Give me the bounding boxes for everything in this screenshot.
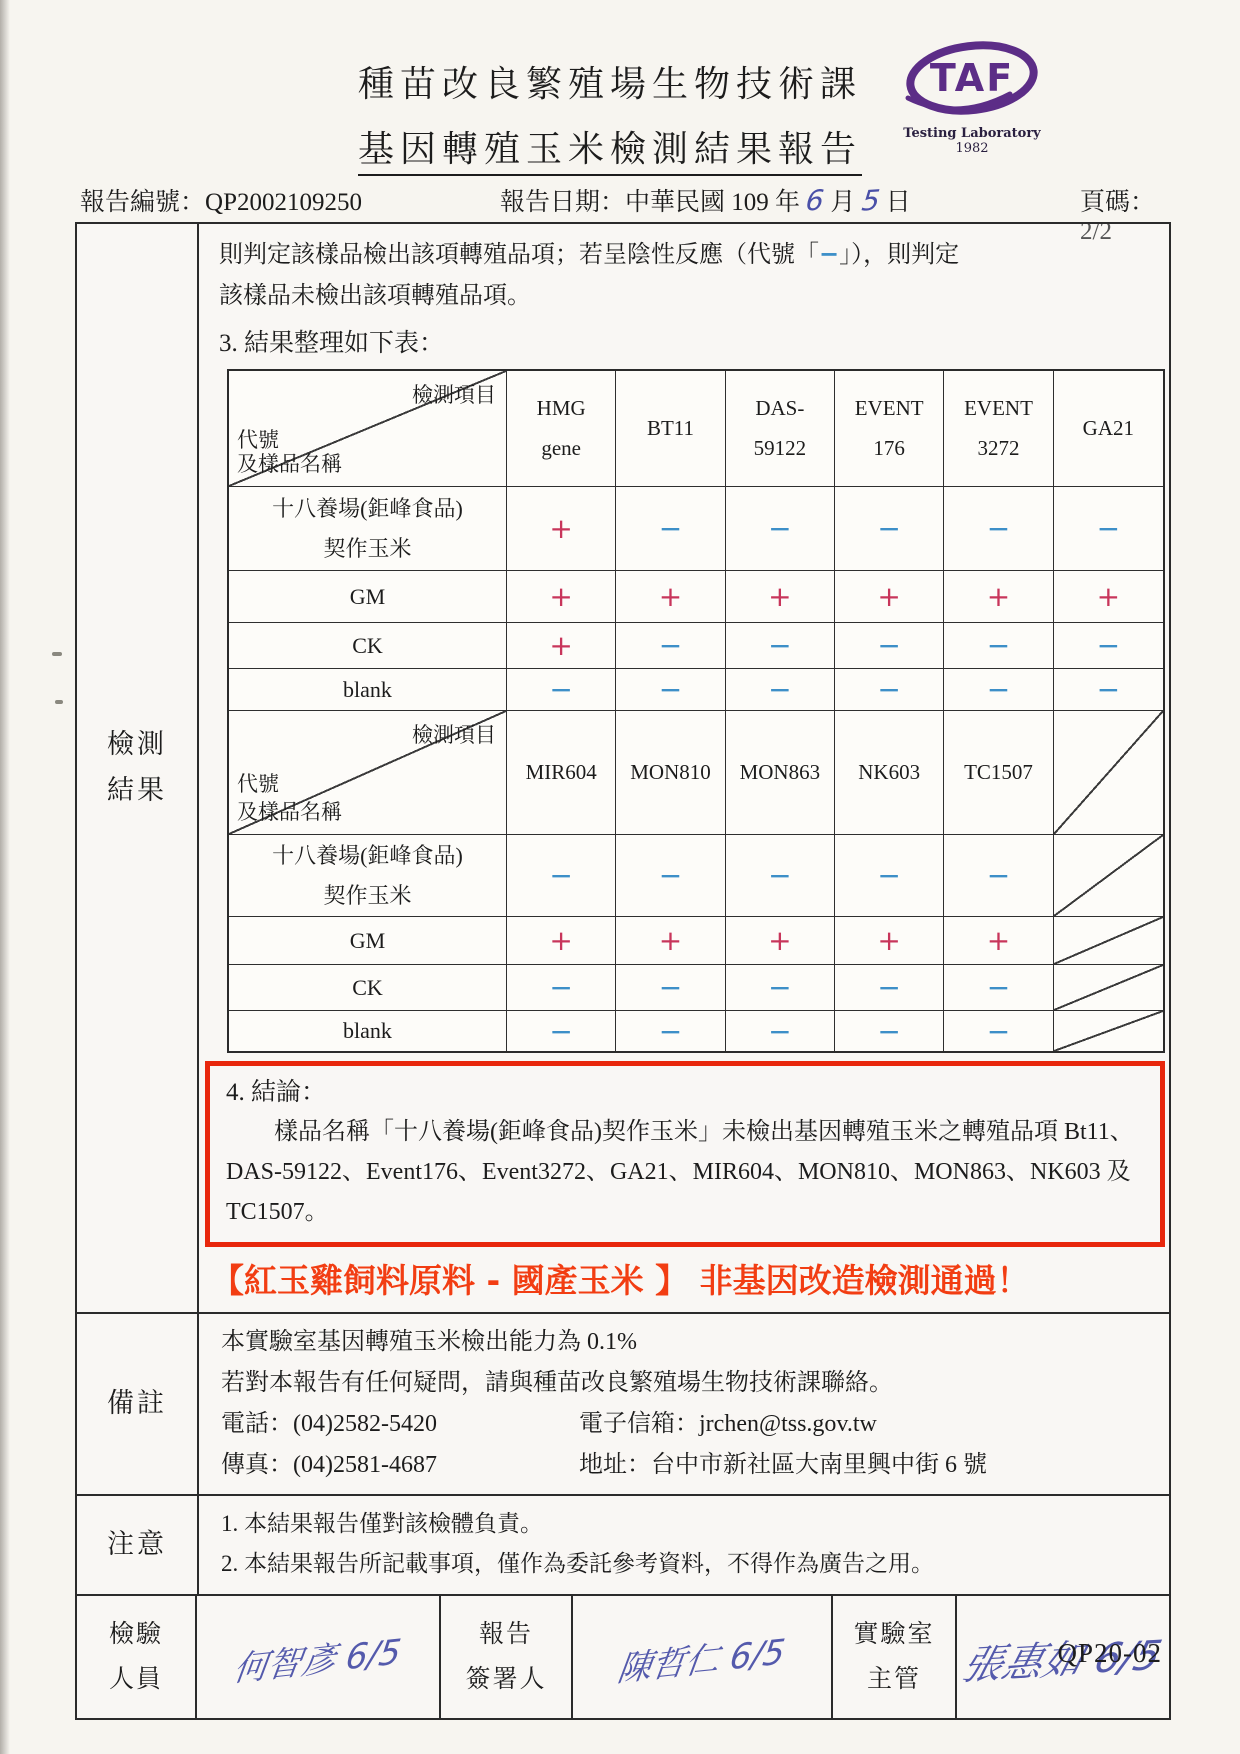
crossed-out-cell: [1054, 711, 1163, 835]
result-cell: −: [1054, 487, 1163, 571]
column-header: TC1507: [944, 711, 1053, 835]
result-cell: −: [726, 487, 835, 571]
row-label-gm: GM: [229, 571, 507, 623]
result-cell: −: [835, 669, 944, 711]
taf-acronym: TAF: [930, 56, 1014, 100]
result-cell: +: [616, 917, 725, 965]
crossed-out-cell: [1054, 917, 1163, 965]
column-header: DAS- 59122: [726, 371, 835, 487]
report-body-table: 檢測 結果 則判定該樣品檢出該項轉殖品項；若呈陰性反應（代號「−」），則判定 該…: [75, 222, 1171, 1720]
scan-speck: [55, 700, 63, 704]
result-cell: −: [835, 835, 944, 917]
row-label-sample: 十八養場(鉅峰食品) 契作玉米: [229, 487, 507, 571]
promo-banner: 【紅玉雞飼料原料 - 國產玉米 】 非基因改造檢測通過！: [211, 1255, 1163, 1302]
attention-item-1: 1. 本結果報告僅對該檢體負責。: [221, 1504, 1159, 1544]
contact-line: 若對本報告有任何疑問，請與種苗改良繁殖場生物技術課聯絡。: [221, 1363, 1159, 1404]
notes-side-label: 備註: [77, 1314, 199, 1494]
result-cell: −: [944, 835, 1053, 917]
report-number-label: 報告編號：: [80, 189, 205, 216]
result-cell: +: [726, 571, 835, 623]
report-title: 基因轉殖玉米檢測結果報告: [358, 121, 862, 176]
row-label-ck: CK: [229, 965, 507, 1011]
conclusion-text: 樣品名稱「十八養場(鉅峰食品)契作玉米」未檢出基因轉殖玉米之轉殖品項 Bt11、…: [226, 1112, 1146, 1232]
result-cell: +: [507, 571, 616, 623]
taf-year: 1982: [955, 141, 988, 154]
result-cell: −: [616, 669, 725, 711]
phone-value: (04)2582-5420: [293, 1411, 437, 1437]
column-header: MIR604: [507, 711, 616, 835]
address-label: 地址：: [579, 1452, 651, 1478]
result-cell: +: [835, 917, 944, 965]
result-cell: −: [1054, 623, 1163, 669]
column-header: MON863: [726, 711, 835, 835]
crossed-out-cell: [1054, 835, 1163, 917]
crossed-out-cell: [1054, 1011, 1163, 1051]
supervisor-label: 實驗室 主管: [853, 1612, 934, 1702]
result-cell: −: [507, 669, 616, 711]
result-cell: −: [726, 1011, 835, 1051]
criteria-text-post: 」），則判定: [839, 242, 959, 268]
result-cell: −: [616, 623, 725, 669]
gm-test-results-table: 檢測項目 代號 及樣品名稱 HMG gene BT11 DAS- 59122 E…: [227, 369, 1165, 1053]
fax-value: (04)2581-4687: [293, 1452, 437, 1478]
result-cell: +: [507, 917, 616, 965]
result-cell: +: [726, 917, 835, 965]
address-value: 台中市新社區大南里興中街 6 號: [651, 1452, 987, 1478]
row-label-blank: blank: [229, 669, 507, 711]
result-cell: +: [1054, 571, 1163, 623]
results-side-label: 檢測 結果: [77, 224, 199, 1312]
month-unit: 月: [830, 189, 855, 216]
table2-corner-cell: 檢測項目 代號 及樣品名稱: [229, 711, 507, 835]
result-cell: −: [944, 1011, 1053, 1051]
corner-top-label: 檢測項目: [412, 719, 496, 749]
table1-corner-cell: 檢測項目 代號 及樣品名稱: [229, 371, 507, 487]
results-content: 則判定該樣品檢出該項轉殖品項；若呈陰性反應（代號「−」），則判定 該樣品未檢出該…: [199, 224, 1169, 1312]
criteria-paragraph: 則判定該樣品檢出該項轉殖品項；若呈陰性反應（代號「−」），則判定 該樣品未檢出該…: [219, 234, 1163, 317]
corner-left-label2: 及樣品名稱: [237, 448, 342, 478]
row-label-ck: CK: [229, 623, 507, 669]
day-unit: 日: [886, 189, 911, 216]
criteria-text-pre: 則判定該樣品檢出該項轉殖品項；若呈陰性反應（代號「: [219, 242, 819, 268]
email-value: jrchen@tss.gov.tw: [699, 1411, 877, 1437]
row-label-gm: GM: [229, 917, 507, 965]
signer-signature: 陳哲仁 6/5: [615, 1623, 789, 1691]
row-label-sample: 十八養場(鉅峰食品) 契作玉米: [229, 835, 507, 917]
result-cell: −: [944, 487, 1053, 571]
result-cell: −: [726, 835, 835, 917]
corner-left-label1: 代號: [237, 768, 279, 798]
column-header: BT11: [616, 371, 725, 487]
result-cell: −: [507, 1011, 616, 1051]
row-label-blank: blank: [229, 1011, 507, 1051]
scanned-report-page: 種苗改良繁殖場生物技術課 基因轉殖玉米檢測結果報告 TAF Testing La…: [0, 0, 1240, 1754]
attention-item-2: 2. 本結果報告所記載事項，僅作為委託參考資料，不得作為廣告之用。: [221, 1544, 1159, 1584]
signer-label: 報告 簽署人: [465, 1612, 546, 1702]
result-cell: −: [835, 965, 944, 1011]
org-title: 種苗改良繁殖場生物技術課: [300, 56, 920, 107]
column-header: HMG gene: [507, 371, 616, 487]
report-number-value: QP2002109250: [205, 189, 362, 216]
phone-email-line: 電話：(04)2582-5420 電子信箱：jrchen@tss.gov.tw: [221, 1404, 1159, 1445]
signature-row: 檢驗 人員 何智彥 6/5 報告 簽署人 陳哲仁 6/5 實驗室 主管 張惠如 …: [77, 1596, 1169, 1718]
result-cell: −: [616, 487, 725, 571]
report-number: 報告編號：QP2002109250: [80, 189, 362, 216]
scan-speck: [52, 652, 62, 656]
scan-edge-artifact: [0, 0, 10, 1754]
report-date: 報告日期：中華民國 109 年 6 月 5 日: [500, 182, 911, 218]
phone-label: 電話：: [221, 1411, 293, 1437]
result-cell: +: [507, 623, 616, 669]
report-header: 種苗改良繁殖場生物技術課 基因轉殖玉米檢測結果報告: [300, 56, 920, 176]
result-cell: −: [616, 835, 725, 917]
result-cell: −: [835, 623, 944, 669]
result-cell: +: [507, 487, 616, 571]
attention-content: 1. 本結果報告僅對該檢體負責。 2. 本結果報告所記載事項，僅作為委託參考資料…: [199, 1496, 1169, 1594]
result-cell: −: [726, 965, 835, 1011]
inspector-label: 檢驗 人員: [109, 1612, 163, 1702]
attention-side-label: 注意: [77, 1496, 199, 1594]
result-cell: −: [726, 669, 835, 711]
notes-content: 本實驗室基因轉殖玉米檢出能力為 0.1% 若對本報告有任何疑問，請與種苗改良繁殖…: [199, 1314, 1169, 1494]
table-intro: 3. 結果整理如下表：: [219, 323, 1163, 359]
taf-accreditation-logo: TAF Testing Laboratory 1982: [902, 38, 1042, 159]
detection-limit-line: 本實驗室基因轉殖玉米檢出能力為 0.1%: [221, 1322, 1159, 1363]
result-cell: −: [616, 965, 725, 1011]
corner-top-label: 檢測項目: [412, 379, 496, 409]
fax-address-line: 傳真：(04)2581-4687 地址：台中市新社區大南里興中街 6 號: [221, 1445, 1159, 1486]
result-cell: +: [835, 571, 944, 623]
column-header: EVENT 3272: [944, 371, 1053, 487]
result-cell: −: [835, 487, 944, 571]
result-cell: −: [616, 1011, 725, 1051]
column-header: NK603: [835, 711, 944, 835]
result-cell: −: [944, 965, 1053, 1011]
column-header: EVENT 176: [835, 371, 944, 487]
results-row: 檢測 結果 則判定該樣品檢出該項轉殖品項；若呈陰性反應（代號「−」），則判定 該…: [77, 224, 1169, 1314]
report-date-era: 中華民國 109 年: [625, 189, 800, 216]
attention-row: 注意 1. 本結果報告僅對該檢體負責。 2. 本結果報告所記載事項，僅作為委託參…: [77, 1496, 1169, 1596]
corner-left-label2: 及樣品名稱: [237, 796, 342, 826]
report-meta-row: 報告編號：QP2002109250 報告日期：中華民國 109 年 6 月 5 …: [80, 182, 1170, 218]
email-label: 電子信箱：: [579, 1411, 699, 1437]
result-cell: −: [507, 835, 616, 917]
result-cell: −: [1054, 669, 1163, 711]
notes-row: 備註 本實驗室基因轉殖玉米檢出能力為 0.1% 若對本報告有任何疑問，請與種苗改…: [77, 1314, 1169, 1496]
result-cell: +: [944, 917, 1053, 965]
result-cell: −: [944, 623, 1053, 669]
result-cell: −: [835, 1011, 944, 1051]
inspector-signature: 何智彥 6/5: [231, 1623, 405, 1691]
criteria-text-line2: 該樣品未檢出該項轉殖品項。: [219, 283, 531, 309]
report-date-label: 報告日期：: [500, 189, 625, 216]
column-header: MON810: [616, 711, 725, 835]
result-cell: −: [944, 669, 1053, 711]
result-cell: −: [726, 623, 835, 669]
fax-label: 傳真：: [221, 1452, 293, 1478]
handwritten-day: 5: [860, 183, 882, 217]
crossed-out-cell: [1054, 965, 1163, 1011]
conclusion-highlight-box: 4. 結論： 樣品名稱「十八養場(鉅峰食品)契作玉米」未檢出基因轉殖玉米之轉殖品…: [205, 1061, 1165, 1247]
form-code: QP20-02: [1057, 1638, 1162, 1669]
result-cell: +: [944, 571, 1053, 623]
result-cell: +: [616, 571, 725, 623]
handwritten-month: 6: [804, 183, 826, 217]
taf-subtitle: Testing Laboratory: [903, 126, 1041, 141]
conclusion-heading: 4. 結論：: [226, 1072, 1146, 1108]
column-header: GA21: [1054, 371, 1163, 487]
result-cell: −: [507, 965, 616, 1011]
negative-symbol-sample: −: [819, 240, 839, 268]
